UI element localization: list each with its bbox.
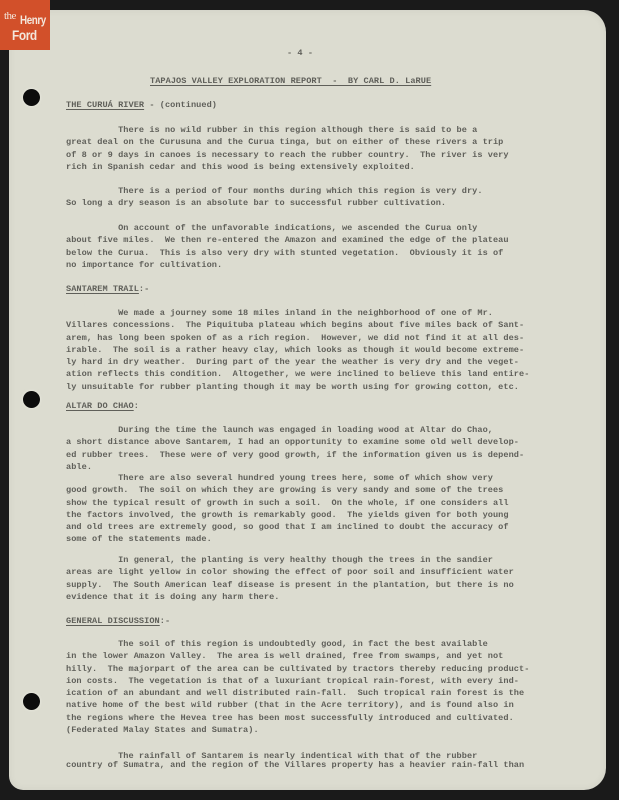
- text-line: There is no wild rubber in this region a…: [66, 124, 509, 136]
- heading-text: THE CURUÁ RIVER: [66, 100, 144, 110]
- text-line: native home of the best wild rubber (tha…: [66, 699, 529, 711]
- heading-suffix: - (continued): [144, 100, 217, 110]
- text-line: no importance for cultivation.: [66, 259, 509, 271]
- text-line: ion costs. The vegetation is that of a l…: [66, 675, 529, 687]
- text-line: On account of the unfavorable indication…: [66, 222, 509, 234]
- text-line: country of Sumatra, and the region of th…: [66, 761, 524, 770]
- heading-text: GENERAL DISCUSSION: [66, 616, 160, 626]
- text-line: rich in Spanish cedar and this wood is b…: [66, 161, 509, 173]
- text-line: below the Curua. This is also very dry w…: [66, 247, 509, 259]
- heading-text: ALTAR DO CHAO: [66, 401, 134, 411]
- text-line: show the typical result of growth in suc…: [66, 497, 509, 509]
- paragraph: There is no wild rubber in this region a…: [66, 124, 509, 173]
- text-line: arem, has long been spoken of as a rich …: [66, 332, 529, 344]
- paragraph: On account of the unfavorable indication…: [66, 222, 509, 271]
- heading-suffix: :: [134, 401, 139, 411]
- text-line: hilly. The majorpart of the area can be …: [66, 663, 529, 675]
- section-heading-general-discussion: GENERAL DISCUSSION:-: [66, 615, 170, 627]
- text-line: There are also several hundred young tre…: [66, 472, 509, 484]
- paragraph: The rainfall of Santarem is nearly inden…: [66, 752, 524, 770]
- text-line: In general, the planting is very healthy…: [66, 554, 514, 566]
- text-line: and old trees are extremely good, so goo…: [66, 521, 509, 533]
- text-line: the factors involved, the growth is rema…: [66, 509, 509, 521]
- text-line: in the lower Amazon Valley. The area is …: [66, 650, 529, 662]
- text-line: The soil of this region is undoubtedly g…: [66, 638, 529, 650]
- text-line: good growth. The soil on which they are …: [66, 484, 509, 496]
- paragraph: There is a period of four months during …: [66, 185, 483, 210]
- text-line: ed rubber trees. These were of very good…: [66, 449, 524, 461]
- logo-henry: Henry: [20, 13, 46, 27]
- page-number: - 4 -: [287, 47, 313, 59]
- punch-hole-bottom: [23, 693, 40, 710]
- text-line: (Federated Malay States and Sumatra).: [66, 724, 529, 736]
- text-line: some of the statements made.: [66, 533, 509, 545]
- section-heading-santarem-trail: SANTAREM TRAIL:-: [66, 283, 149, 295]
- text-line: areas are light yellow in color showing …: [66, 566, 514, 578]
- section-heading-curua-river: THE CURUÁ RIVER - (continued): [66, 99, 217, 111]
- text-line: So long a dry season is an absolute bar …: [66, 197, 483, 209]
- text-line: ly unsuitable for rubber planting though…: [66, 381, 529, 393]
- text-line: a short distance above Santarem, I had a…: [66, 436, 524, 448]
- punch-hole-top: [23, 89, 40, 106]
- logo-ford: Ford: [12, 27, 37, 43]
- text-line: ation reflects this condition. Altogethe…: [66, 368, 529, 380]
- paragraph: During the time the launch was engaged i…: [66, 424, 524, 473]
- paragraph: We made a journey some 18 miles inland i…: [66, 307, 529, 393]
- heading-text: SANTAREM TRAIL: [66, 284, 139, 294]
- document-title: TAPAJOS VALLEY EXPLORATION REPORT - BY C…: [150, 75, 431, 87]
- paragraph: There are also several hundred young tre…: [66, 472, 509, 546]
- text-line: about five miles. We then re-entered the…: [66, 234, 509, 246]
- logo-the: the: [4, 10, 16, 22]
- text-line: ly hard in dry weather. During part of t…: [66, 356, 529, 368]
- text-line: evidence that it is doing any harm there…: [66, 591, 514, 603]
- punch-hole-middle: [23, 391, 40, 408]
- text-line: During the time the launch was engaged i…: [66, 424, 524, 436]
- text-line: the regions where the Hevea tree has bee…: [66, 712, 529, 724]
- text-line: ication of an abundant and well distribu…: [66, 687, 529, 699]
- text-line: There is a period of four months during …: [66, 185, 483, 197]
- text-line: of 8 or 9 days in canoes is necessary to…: [66, 149, 509, 161]
- text-line: irable. The soil is a rather heavy clay,…: [66, 344, 529, 356]
- section-heading-altar-do-chao: ALTAR DO CHAO:: [66, 400, 139, 412]
- text-line: supply. The South American leaf disease …: [66, 579, 514, 591]
- heading-suffix: :-: [160, 616, 170, 626]
- text-line: great deal on the Curusuna and the Curua…: [66, 136, 509, 148]
- the-henry-ford-logo: the Henry Ford: [0, 0, 50, 50]
- paragraph: In general, the planting is very healthy…: [66, 554, 514, 603]
- paragraph: The soil of this region is undoubtedly g…: [66, 638, 529, 736]
- text-line: We made a journey some 18 miles inland i…: [66, 307, 529, 319]
- heading-suffix: :-: [139, 284, 149, 294]
- text-line: Villares concessions. The Piquituba plat…: [66, 319, 529, 331]
